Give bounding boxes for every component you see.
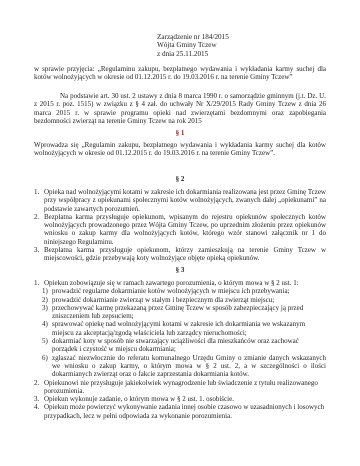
section-2-list: 1.Opieka nad wolnożyjącymi kotami w zakr… [34,188,326,263]
legal-basis-paragraph: Na podstawie art. 30 ust. 2 ustawy z dni… [34,92,326,125]
section-1-heading: § 1 [0,129,360,137]
sub-list-item: 6)zgłaszać niezwłocznie do referatu komu… [38,354,326,379]
document-header: Zarządzenie nr 184/2015 Wójta Gminy Tcze… [157,33,229,58]
section-2-heading: § 2 [0,175,360,183]
ordinance-number: Zarządzenie nr 184/2015 [157,33,229,41]
sub-list-item: 1)prowadzić regularne dokarmianie kotów … [38,287,326,295]
document-page: Zarządzenie nr 184/2015 Wójta Gminy Tcze… [0,0,360,466]
section-3-heading: § 3 [0,266,360,274]
list-item: 3.Bezpłatna karma przysługuje opiekunom,… [34,246,326,263]
ordinance-date: z dnia 25.11.2015 [157,50,229,58]
section-3-list: 1. Opiekun zobowiązuje się w ramach zawa… [34,279,326,420]
list-item: 2.Opiekunowi nie przysługuje jakiekolwie… [34,379,326,396]
issuer: Wójta Gminy Tczew [157,41,229,49]
sub-list-item: 5)dokarmiać koty w sposób nie stwarzając… [38,337,326,354]
list-item: 3.Opiekun wykonuje zadanie, o którym mow… [34,395,326,403]
sub-list-item: 4)sprawować opiekę nad wolnożyjącymi kot… [38,320,326,337]
sub-list-item: 2)prowadzić dokarmianie zwierząt w stały… [38,296,326,304]
list-item: 2.Bezpłatna karma przysługuje opiekunom,… [34,213,326,246]
subject-paragraph: w sprawie przyjęcia: „Regulaminu zakupu,… [34,65,326,82]
sub-list-item: 3)przechowywać karmę przekazaną przez Gm… [38,304,326,321]
list-item: 1. Opiekun zobowiązuje się w ramach zawa… [34,279,326,379]
list-item: 1.Opieka nad wolnożyjącymi kotami w zakr… [34,188,326,213]
section-1-text: Wprowadza się „Regulamin zakupu, bezpłat… [34,141,326,158]
list-item: 4.Opiekun może powierzyć wykonywanie zad… [34,403,326,420]
